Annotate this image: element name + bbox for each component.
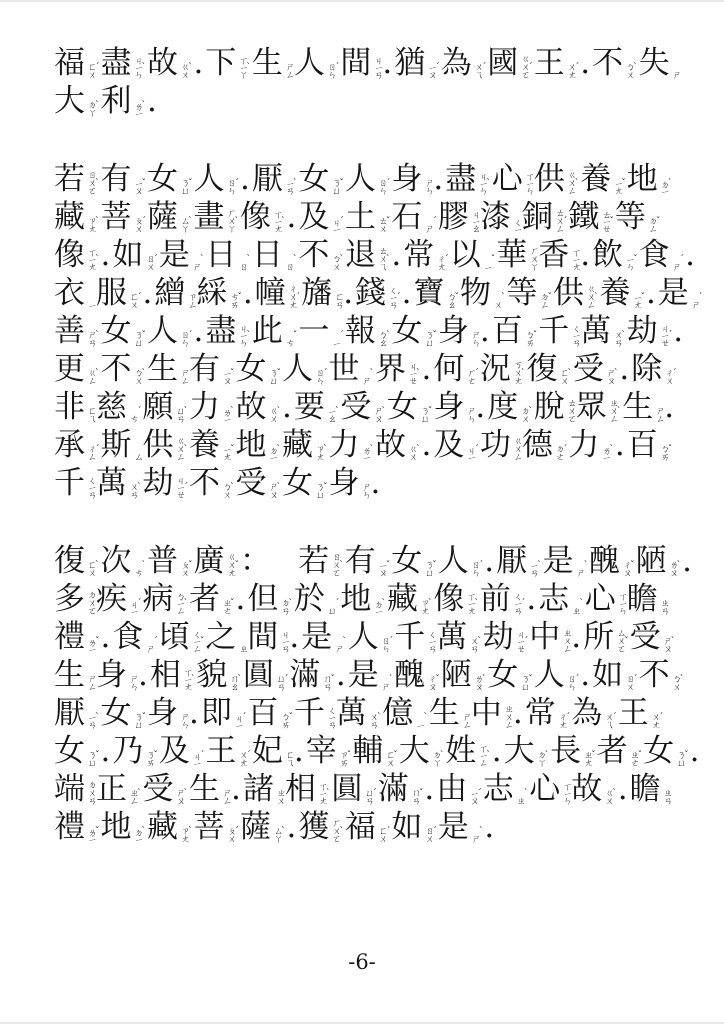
zhuyin-letters: ㄧㄣ (624, 256, 633, 270)
zhuyin-tone-mark: ˊ (242, 714, 247, 723)
zhuyin-annotation: ㄗㄤˋ (179, 826, 193, 842)
zhuyin-annotation: ㄒㄧㄤˋ (317, 782, 331, 804)
zhuyin-letters: ㄅㄨ (330, 254, 339, 270)
punctuation: . (101, 239, 111, 272)
zhuyin-tone-mark: ˇ (533, 332, 538, 341)
zhuyin-tone-mark: ˇ (142, 714, 147, 723)
han-character: 及 (433, 429, 464, 462)
han-character: 盡 (445, 163, 476, 196)
annotated-char: 端ㄉㄨㄢ (54, 773, 95, 806)
text-line: 非ㄈㄟ慈ㄘˊ願ㄩㄢˋ力ㄌㄧˋ故ㄍㄨˋ.要ㄧㄠˋ受ㄕㄡˋ女ㄋㄩˇ身ㄕㄣ.度ㄉㄨˋ脫… (54, 386, 694, 424)
annotated-char: 億ㄧˋ (382, 697, 428, 730)
han-character: 錢 (355, 277, 386, 310)
text-line: 衣ㄧ服ㄈㄨˊ.繒ㄗㄥ綵ㄘㄞˇ.幢ㄔㄨㄤˊ旛ㄈㄢ.錢ㄑㄧㄢˊ.寶ㄅㄠˇ物ㄨˋ等ㄉㄥ… (54, 272, 694, 310)
zhuyin-tone-mark: ˋ (281, 218, 286, 227)
annotated-char: 受ㄕㄡˋ (143, 773, 189, 806)
zhuyin-annotation: ㄧㄡˇ (221, 370, 235, 384)
zhuyin-annotation: ㄕㄡˋ (268, 482, 282, 498)
annotated-char: 病ㄅㄧㄥˋ (143, 583, 189, 616)
zhuyin-annotation: ㄈㄨˋ (558, 368, 572, 384)
han-character: 相 (150, 659, 181, 692)
zhuyin-annotation: ㄅㄞˇ (659, 444, 673, 460)
han-character: 何 (433, 353, 464, 386)
zhuyin-letters: ㄌㄡ (473, 674, 482, 690)
punctuation: . (484, 811, 494, 844)
zhuyin-annotation: ㄓㄢ (659, 598, 668, 614)
han-character: 一 (298, 315, 329, 348)
han-character: 不 (101, 353, 132, 386)
zhuyin-tone-mark: ˇ (633, 256, 638, 265)
annotated-char: 女ㄋㄩˇ (101, 315, 147, 348)
han-character: 諸 (243, 773, 274, 806)
zhuyin-letters: ㄓㄥ (128, 788, 137, 804)
zhuyin-annotation: ㄖㄣˊ (226, 178, 240, 194)
zhuyin-letters: ㄒㄧㄤ (272, 210, 281, 232)
han-character: 故 (147, 47, 178, 80)
annotated-char: 力ㄌㄧˋ (329, 429, 375, 462)
han-character: 普 (147, 545, 178, 578)
punctuation: . (138, 659, 148, 692)
han-character: 下 (205, 47, 236, 80)
zhuyin-annotation: ㄕㄥ (86, 674, 95, 690)
zhuyin-tone-mark: ˋ (95, 332, 100, 341)
zhuyin-letters: ㄋㄩ (314, 482, 323, 498)
han-character: 慈 (96, 391, 127, 424)
zhuyin-annotation: ㄓˋ (570, 600, 584, 614)
han-character: 國 (487, 47, 518, 80)
han-character: 身 (438, 315, 469, 348)
zhuyin-annotation: ㄘˋ (133, 562, 147, 576)
zhuyin-letters: ㄊㄨㄛ (566, 398, 575, 422)
zhuyin-letters: ㄒㄧㄥ (477, 744, 486, 766)
han-character: 不 (592, 47, 623, 80)
zhuyin-annotation: ㄐㄧˊ (191, 752, 205, 766)
zhuyin-tone-mark: ˇ (638, 752, 643, 761)
zhuyin-tone-mark: ˋ (579, 600, 584, 609)
annotated-char: 劫ㄐㄧㄝˊ (483, 621, 529, 654)
zhuyin-tone-mark: ˇ (393, 752, 398, 761)
zhuyin-letters: ㄐㄧㄝ (175, 476, 184, 498)
zhuyin-tone-mark: ˊ (563, 446, 568, 455)
zhuyin-tone-mark: ˊ (235, 180, 240, 189)
han-character: 圓 (331, 773, 362, 806)
zhuyin-letters: ㄈㄟ (284, 750, 293, 766)
annotated-char: 廣ㄍㄨㄤˇ (194, 545, 240, 578)
han-character: 厭 (496, 545, 527, 578)
zhuyin-annotation: ㄓㄨㄥ (503, 704, 512, 728)
zhuyin-annotation: ㄐㄧˊ (128, 600, 142, 614)
page-number: -6- (0, 950, 724, 974)
annotated-char: 於ㄩˊ (294, 583, 340, 616)
zhuyin-letters: ㄍㄨㄥ (175, 436, 184, 460)
zhuyin-letters: ㄏㄨㄛ (330, 818, 339, 842)
annotated-char: 心ㄒㄧㄣ (585, 583, 626, 616)
zhuyin-annotation: ㄖㄣˊ (326, 62, 340, 78)
zhuyin-letters: ㄍㄨㄥ (585, 284, 594, 308)
zhuyin-annotation: ㄉㄥˇ (647, 216, 661, 232)
annotated-char: 幢ㄔㄨㄤˊ (255, 277, 301, 310)
zhuyin-letters: ㄨㄤ (566, 62, 575, 78)
zhuyin-letters: ㄖㄣ (470, 560, 479, 576)
zhuyin-annotation: ㄩㄢˊ (363, 788, 377, 804)
zhuyin-letters: ㄘ (284, 338, 293, 346)
zhuyin-tone-mark: ˊ (235, 828, 240, 837)
zhuyin-annotation: ㄋㄩˇ (423, 560, 437, 576)
zhuyin-annotation: ㄓㄥˋ (128, 788, 142, 804)
annotated-char: 不ㄅㄨˋ (101, 353, 147, 386)
annotated-char: 膠ㄐㄧㄠ (438, 201, 479, 234)
han-character: 劫 (483, 621, 514, 654)
annotated-char: 像ㄒㄧㄤˋ (54, 239, 100, 272)
zhuyin-tone-mark: ˋ (277, 446, 282, 455)
zhuyin-tone-mark: ˊ (521, 600, 526, 609)
annotated-char: 力ㄌㄧˋ (568, 429, 614, 462)
zhuyin-letters: ㄉㄧ (372, 600, 381, 614)
zhuyin-letters: ㄓㄨ (275, 788, 284, 804)
zhuyin-letters: ㄖㄣ (380, 636, 389, 652)
han-character: 女 (387, 391, 418, 424)
zhuyin-tone-mark: ˋ (339, 828, 344, 837)
han-character: 常 (525, 697, 556, 730)
zhuyin-annotation: ㄉㄚˋ (536, 750, 550, 766)
zhuyin-letters: ㄧㄡ (221, 370, 230, 384)
han-character: 復 (526, 353, 557, 386)
annotated-char: 等ㄉㄥˇ (506, 277, 552, 310)
zhuyin-tone-mark: ˊ (444, 256, 449, 265)
zhuyin-letters: ㄊㄨ (377, 216, 386, 232)
zhuyin-tone-mark: ˊ (246, 752, 251, 761)
zhuyin-letters: ㄍㄨ (603, 788, 612, 804)
annotated-char: 間ㄐㄧㄢ (247, 621, 288, 654)
annotated-char: 圓ㄩㄢˊ (243, 659, 289, 692)
zhuyin-tone-mark: ˋ (95, 180, 100, 189)
zhuyin-letters: ㄊㄨㄥ (554, 208, 563, 232)
zhuyin-annotation: ㄕˊ (144, 638, 158, 652)
punctuation: . (618, 773, 628, 806)
han-character: 供 (553, 277, 584, 310)
annotated-char: 大ㄉㄚˋ (504, 735, 550, 768)
sutra-text: 福ㄈㄨˊ盡ㄐㄧㄣˋ故ㄍㄨˋ.下ㄒㄧㄚˋ生ㄕㄥ人ㄖㄣˊ間ㄐㄧㄢ.猶ㄧㄡˊ為ㄨㄟˊ國… (54, 42, 694, 844)
han-character: 萬 (436, 621, 467, 654)
annotated-char: 瞻ㄓㄢ (630, 773, 671, 806)
zhuyin-letters: ㄕㄣ (128, 674, 137, 690)
zhuyin-annotation: ㄕㄥ (284, 62, 293, 78)
han-character: 之 (205, 621, 236, 654)
zhuyin-letters: ㄐㄧ (233, 714, 242, 728)
zhuyin-tone-mark: ˊ (680, 256, 685, 265)
zhuyin-letters: ㄘ (133, 568, 142, 576)
annotated-char: 何ㄏㄜˊ (433, 353, 479, 386)
zhuyin-annotation: ㄈㄟ (284, 750, 293, 766)
punctuation: . (243, 277, 253, 310)
zhuyin-tone-mark: ˋ (486, 752, 491, 761)
han-character: 瞻 (630, 773, 661, 806)
annotated-char: 利ㄌㄧˋ (101, 85, 147, 118)
zhuyin-annotation: ㄐㄧㄢ (279, 630, 288, 652)
zhuyin-letters: ㄍㄨ (179, 62, 188, 78)
han-character: 陋 (636, 545, 667, 578)
han-character: 是 (658, 277, 689, 310)
zhuyin-annotation: ㄑㄧㄢˊ (387, 286, 401, 308)
annotated-char: 人ㄖㄣˊ (147, 315, 193, 348)
zhuyin-letters: ㄧㄡ (377, 562, 386, 576)
han-character: 地 (101, 811, 132, 844)
zhuyin-tone-mark: ˇ (188, 562, 193, 571)
annotated-char: 漆ㄑㄧ (480, 201, 521, 234)
annotated-char: 地ㄉㄧˋ (627, 163, 673, 196)
han-character: 福 (345, 811, 376, 844)
annotated-char: 盡ㄐㄧㄣˋ (101, 47, 147, 80)
han-character: 等 (506, 277, 537, 310)
text-line: 承ㄔㄥˊ斯ㄙ供ㄍㄨㄥˋ養ㄧㄤˇ地ㄉㄧˋ藏ㄗㄤˋ力ㄌㄧˋ故ㄍㄨˋ.及ㄐㄧˊ功ㄍㄨㄥ… (54, 424, 694, 462)
annotated-char: 復ㄈㄨˋ (526, 353, 572, 386)
zhuyin-letters: ㄒㄧㄣ (561, 782, 570, 804)
zhuyin-tone-mark: ˇ (609, 218, 614, 227)
zhuyin-tone-mark: ˋ (477, 638, 482, 647)
zhuyin-annotation: ㄕㄡˋ (175, 788, 189, 804)
zhuyin-tone-mark: ˇ (432, 562, 437, 571)
annotated-char: 身ㄕㄣ (147, 697, 188, 730)
zhuyin-letters: ㄋㄩ (419, 406, 428, 422)
han-character: 服 (96, 277, 127, 310)
zhuyin-tone-mark: ˊ (432, 218, 437, 227)
zhuyin-tone-mark: ˇ (277, 370, 282, 379)
zhuyin-letters: ㄖㄣ (179, 330, 188, 346)
zhuyin-annotation: ㄑㄧㄢ (426, 630, 435, 652)
annotated-char: 女ㄋㄩˇ (387, 391, 433, 424)
annotated-char: 者ㄓㄜˇ (189, 583, 235, 616)
zhuyin-letters: ㄔㄡ (426, 674, 435, 690)
han-character: 及 (159, 735, 190, 768)
han-character: 日 (205, 239, 236, 272)
zhuyin-annotation: ㄋㄩˇ (330, 178, 344, 194)
zhuyin-annotation: ㄘˊ (128, 408, 142, 422)
zhuyin-letters: ㄕ (470, 834, 479, 842)
zhuyin-letters: ㄉㄧ (268, 446, 277, 460)
zhuyin-letters: ㄓㄜ (221, 598, 230, 614)
zhuyin-letters: ㄓㄢ (659, 598, 668, 614)
annotated-char: 度ㄉㄨˋ (487, 391, 533, 424)
punctuation: . (475, 391, 485, 424)
zhuyin-tone-mark: ˋ (612, 790, 617, 799)
han-character: 大 (54, 85, 85, 118)
annotated-char: 地ㄉㄧˋ (101, 811, 147, 844)
annotated-char: 大ㄉㄚˋ (399, 735, 445, 768)
punctuation: . (343, 277, 353, 310)
zhuyin-letters: ㄒㄧㄣ (524, 172, 533, 194)
zhuyin-annotation: ㄉㄜˊ (554, 444, 568, 460)
han-character: 人 (194, 163, 225, 196)
zhuyin-tone-mark: ˋ (188, 218, 193, 227)
zhuyin-tone-mark: ˇ (528, 676, 533, 685)
zhuyin-letters: ㄓㄤ (582, 750, 591, 766)
annotated-char: 生ㄕㄥ (189, 773, 230, 806)
zhuyin-letters: ㄍㄨㄥ (512, 436, 521, 460)
zhuyin-annotation: ㄒㄧㄤˋ (182, 668, 196, 690)
annotated-char: 受ㄕㄡˋ (630, 621, 676, 654)
zhuyin-tone-mark: ˇ (142, 180, 147, 189)
zhuyin-letters: ㄑㄧ (512, 218, 521, 232)
text-line: 善ㄕㄢˋ女ㄋㄩˇ人ㄖㄣˊ.盡ㄐㄧㄣˋ此ㄘˇ一ㄧˊ報ㄅㄠˋ女ㄋㄩˇ身ㄕㄣ.百ㄅㄞˇ… (54, 310, 694, 348)
zhuyin-annotation: ㄖㄣˊ (377, 178, 391, 194)
zhuyin-annotation: ㄕㄥ (654, 406, 663, 422)
zhuyin-letters: ㄔㄨ (663, 368, 672, 384)
annotated-char: 貌ㄇㄠˋ (196, 659, 242, 692)
han-character: 力 (568, 429, 599, 462)
punctuation: . (685, 239, 695, 272)
annotated-char: 有ㄧㄡˇ (345, 545, 391, 578)
zhuyin-tone-mark: ˋ (339, 562, 344, 571)
zhuyin-tone-mark: ˋ (386, 332, 391, 341)
annotated-char: 日ㄖˋ (252, 239, 298, 272)
zhuyin-annotation: ㄗㄤˋ (419, 598, 433, 614)
text-line: 更ㄍㄥˋ不ㄅㄨˋ生ㄕㄥ有ㄧㄡˇ女ㄋㄩˇ人ㄖㄣˊ世ㄕˋ界ㄐㄧㄝˋ.何ㄏㄜˊ況ㄎㄨㄤ… (54, 348, 694, 386)
zhuyin-letters: ㄕㄣ (470, 330, 479, 346)
zhuyin-annotation: ㄋㄩˇ (519, 674, 533, 690)
han-character: 女 (643, 735, 674, 768)
zhuyin-annotation: ㄋㄩˇ (423, 330, 437, 346)
zhuyin-tone-mark: ˇ (95, 752, 100, 761)
han-character: 鐵 (568, 201, 599, 234)
han-character: 旛 (301, 277, 332, 310)
annotated-char: 人ㄖㄣˊ (438, 545, 484, 578)
zhuyin-letters: ㄆㄨ (133, 216, 142, 232)
punctuation: . (240, 163, 250, 196)
zhuyin-letters: ㄋㄩ (133, 712, 142, 728)
zhuyin-tone-mark: ˇ (684, 752, 689, 761)
han-character: 厭 (252, 163, 283, 196)
punctuation: . (287, 201, 297, 234)
zhuyin-letters: ㄇㄠ (228, 674, 237, 690)
zhuyin-tone-mark: ˊ (524, 638, 529, 647)
zhuyin-letters: ㄕ (361, 376, 370, 384)
han-character: 是 (543, 545, 574, 578)
zhuyin-tone-mark: ˋ (440, 752, 445, 761)
zhuyin-annotation: ㄐㄧㄣˋ (477, 172, 491, 194)
zhuyin-letters: ㄗㄤ (419, 598, 428, 614)
zhuyin-letters: ㄎㄨㄤ (512, 360, 521, 384)
annotated-char: 衣ㄧ (54, 277, 95, 310)
zhuyin-annotation: ㄈㄨˊ (128, 292, 142, 308)
zhuyin-annotation: ㄐㄧㄝˊ (175, 476, 189, 498)
annotated-char: 千ㄑㄧㄢ (54, 467, 95, 500)
paragraph: 福ㄈㄨˊ盡ㄐㄧㄣˋ故ㄍㄨˋ.下ㄒㄧㄚˋ生ㄕㄥ人ㄖㄣˊ間ㄐㄧㄢ.猶ㄧㄡˊ為ㄨㄟˊ國… (54, 42, 694, 118)
han-character: 受 (630, 621, 661, 654)
zhuyin-letters: ㄖㄨ (144, 254, 153, 270)
zhuyin-annotation: ㄒㄧㄤ (570, 248, 579, 270)
han-character: 生 (54, 659, 85, 692)
han-character: 圓 (243, 659, 274, 692)
punctuation: . (682, 545, 692, 578)
zhuyin-tone-mark: ˋ (95, 370, 100, 379)
han-character: 是 (301, 621, 332, 654)
annotated-char: 地ㄉㄧˋ (340, 583, 386, 616)
punctuation: . (580, 659, 590, 692)
zhuyin-letters: ㄕㄥ (461, 712, 470, 728)
zhuyin-annotation: ㄍㄨㄥˋ (175, 436, 189, 460)
annotated-char: 之ㄓ (205, 621, 246, 654)
zhuyin-letters: ㄕ (690, 300, 699, 308)
annotated-char: 服ㄈㄨˊ (96, 277, 142, 310)
zhuyin-letters: ㄔㄡ (621, 560, 630, 576)
annotated-char: 中ㄓㄨㄥ (529, 621, 570, 654)
zhuyin-annotation: ㄌㄧˋ (600, 446, 614, 460)
zhuyin-tone-mark: ˋ (486, 180, 491, 189)
zhuyin-annotation: ㄕˊ (671, 256, 685, 270)
annotated-char: 長ㄓㄤˇ (550, 735, 596, 768)
zhuyin-letters: ㄏㄨㄚ (226, 208, 235, 232)
zhuyin-tone-mark: ˋ (230, 484, 235, 493)
zhuyin-tone-mark: ˇ (230, 446, 235, 455)
zhuyin-annotation: ㄧㄤˇ (221, 446, 235, 460)
zhuyin-letters: ㄐㄧ (330, 218, 339, 232)
annotated-char: 猶ㄧㄡˊ (394, 47, 440, 80)
annotated-char: 常ㄔㄤˊ (403, 239, 449, 272)
zhuyin-tone-mark: ˋ (524, 790, 529, 799)
han-character: 女 (101, 315, 132, 348)
zhuyin-annotation: ㄒㄧㄤˋ (465, 592, 479, 614)
zhuyin-annotation: ㄍㄨˋ (407, 444, 421, 460)
zhuyin-annotation: ㄅㄨˋ (330, 254, 344, 270)
annotated-char: 華ㄏㄨㄚ (496, 239, 537, 272)
zhuyin-annotation: ㄕㄥ (461, 712, 470, 728)
punctuation: . (382, 47, 392, 80)
zhuyin-tone-mark: ˋ (95, 256, 100, 265)
zhuyin-tone-mark: ˋ (237, 676, 242, 685)
zhuyin-annotation: ㄒㄧㄤˋ (272, 210, 286, 232)
zhuyin-annotation: ㄧㄤˇ (612, 180, 626, 194)
zhuyin-tone-mark: ˋ (474, 600, 479, 609)
zhuyin-letters: ㄐㄧㄝ (515, 630, 524, 652)
han-character: 膠 (438, 201, 469, 234)
zhuyin-letters: ㄋㄞ (144, 750, 153, 766)
zhuyin-letters: ㄑㄧㄥ (191, 630, 200, 652)
zhuyin-tone-mark: ˊ (335, 600, 340, 609)
han-character: 土 (345, 201, 376, 234)
zhuyin-letters: ㄐㄧㄝ (407, 362, 416, 384)
han-character: 有 (101, 163, 132, 196)
zhuyin-annotation: ㄅㄨˋ (671, 674, 685, 690)
han-character: 大 (399, 735, 430, 768)
zhuyin-tone-mark: ˊ (435, 64, 440, 73)
han-character: 受 (340, 391, 371, 424)
zhuyin-annotation: ㄐㄧㄠ (470, 210, 479, 232)
zhuyin-annotation: ㄍㄨㄛˊ (519, 54, 533, 78)
annotated-char: 盡ㄐㄧㄣˋ (205, 315, 251, 348)
punctuation: . (143, 277, 153, 310)
annotated-char: 有ㄧㄡˇ (189, 353, 235, 386)
zhuyin-tone-mark: ˊ (659, 714, 664, 723)
zhuyin-tone-mark: ˋ (184, 790, 189, 799)
han-character: 地 (627, 163, 658, 196)
han-character: 滿 (378, 773, 409, 806)
han-character: 功 (480, 429, 511, 462)
han-character: 地 (340, 583, 371, 616)
zhuyin-tone-mark: ˋ (95, 714, 100, 723)
punctuation: . (690, 735, 700, 768)
zhuyin-annotation: ㄕˋ (361, 370, 375, 384)
han-character: 度 (487, 391, 518, 424)
zhuyin-annotation: ㄊㄨㄥˊ (554, 208, 568, 232)
zhuyin-letters: ㄋㄩ (423, 330, 432, 346)
zhuyin-letters: ㄏㄨㄚ (528, 246, 537, 270)
han-character: 報 (345, 315, 376, 348)
zhuyin-annotation: ㄇㄢˇ (321, 674, 335, 690)
annotated-char: 若ㄖㄨㄛˋ (298, 545, 344, 578)
zhuyin-tone-mark: ˋ (699, 294, 704, 303)
zhuyin-letters: ㄌㄧ (133, 102, 142, 116)
zhuyin-annotation: ㄈㄢ (333, 292, 342, 308)
